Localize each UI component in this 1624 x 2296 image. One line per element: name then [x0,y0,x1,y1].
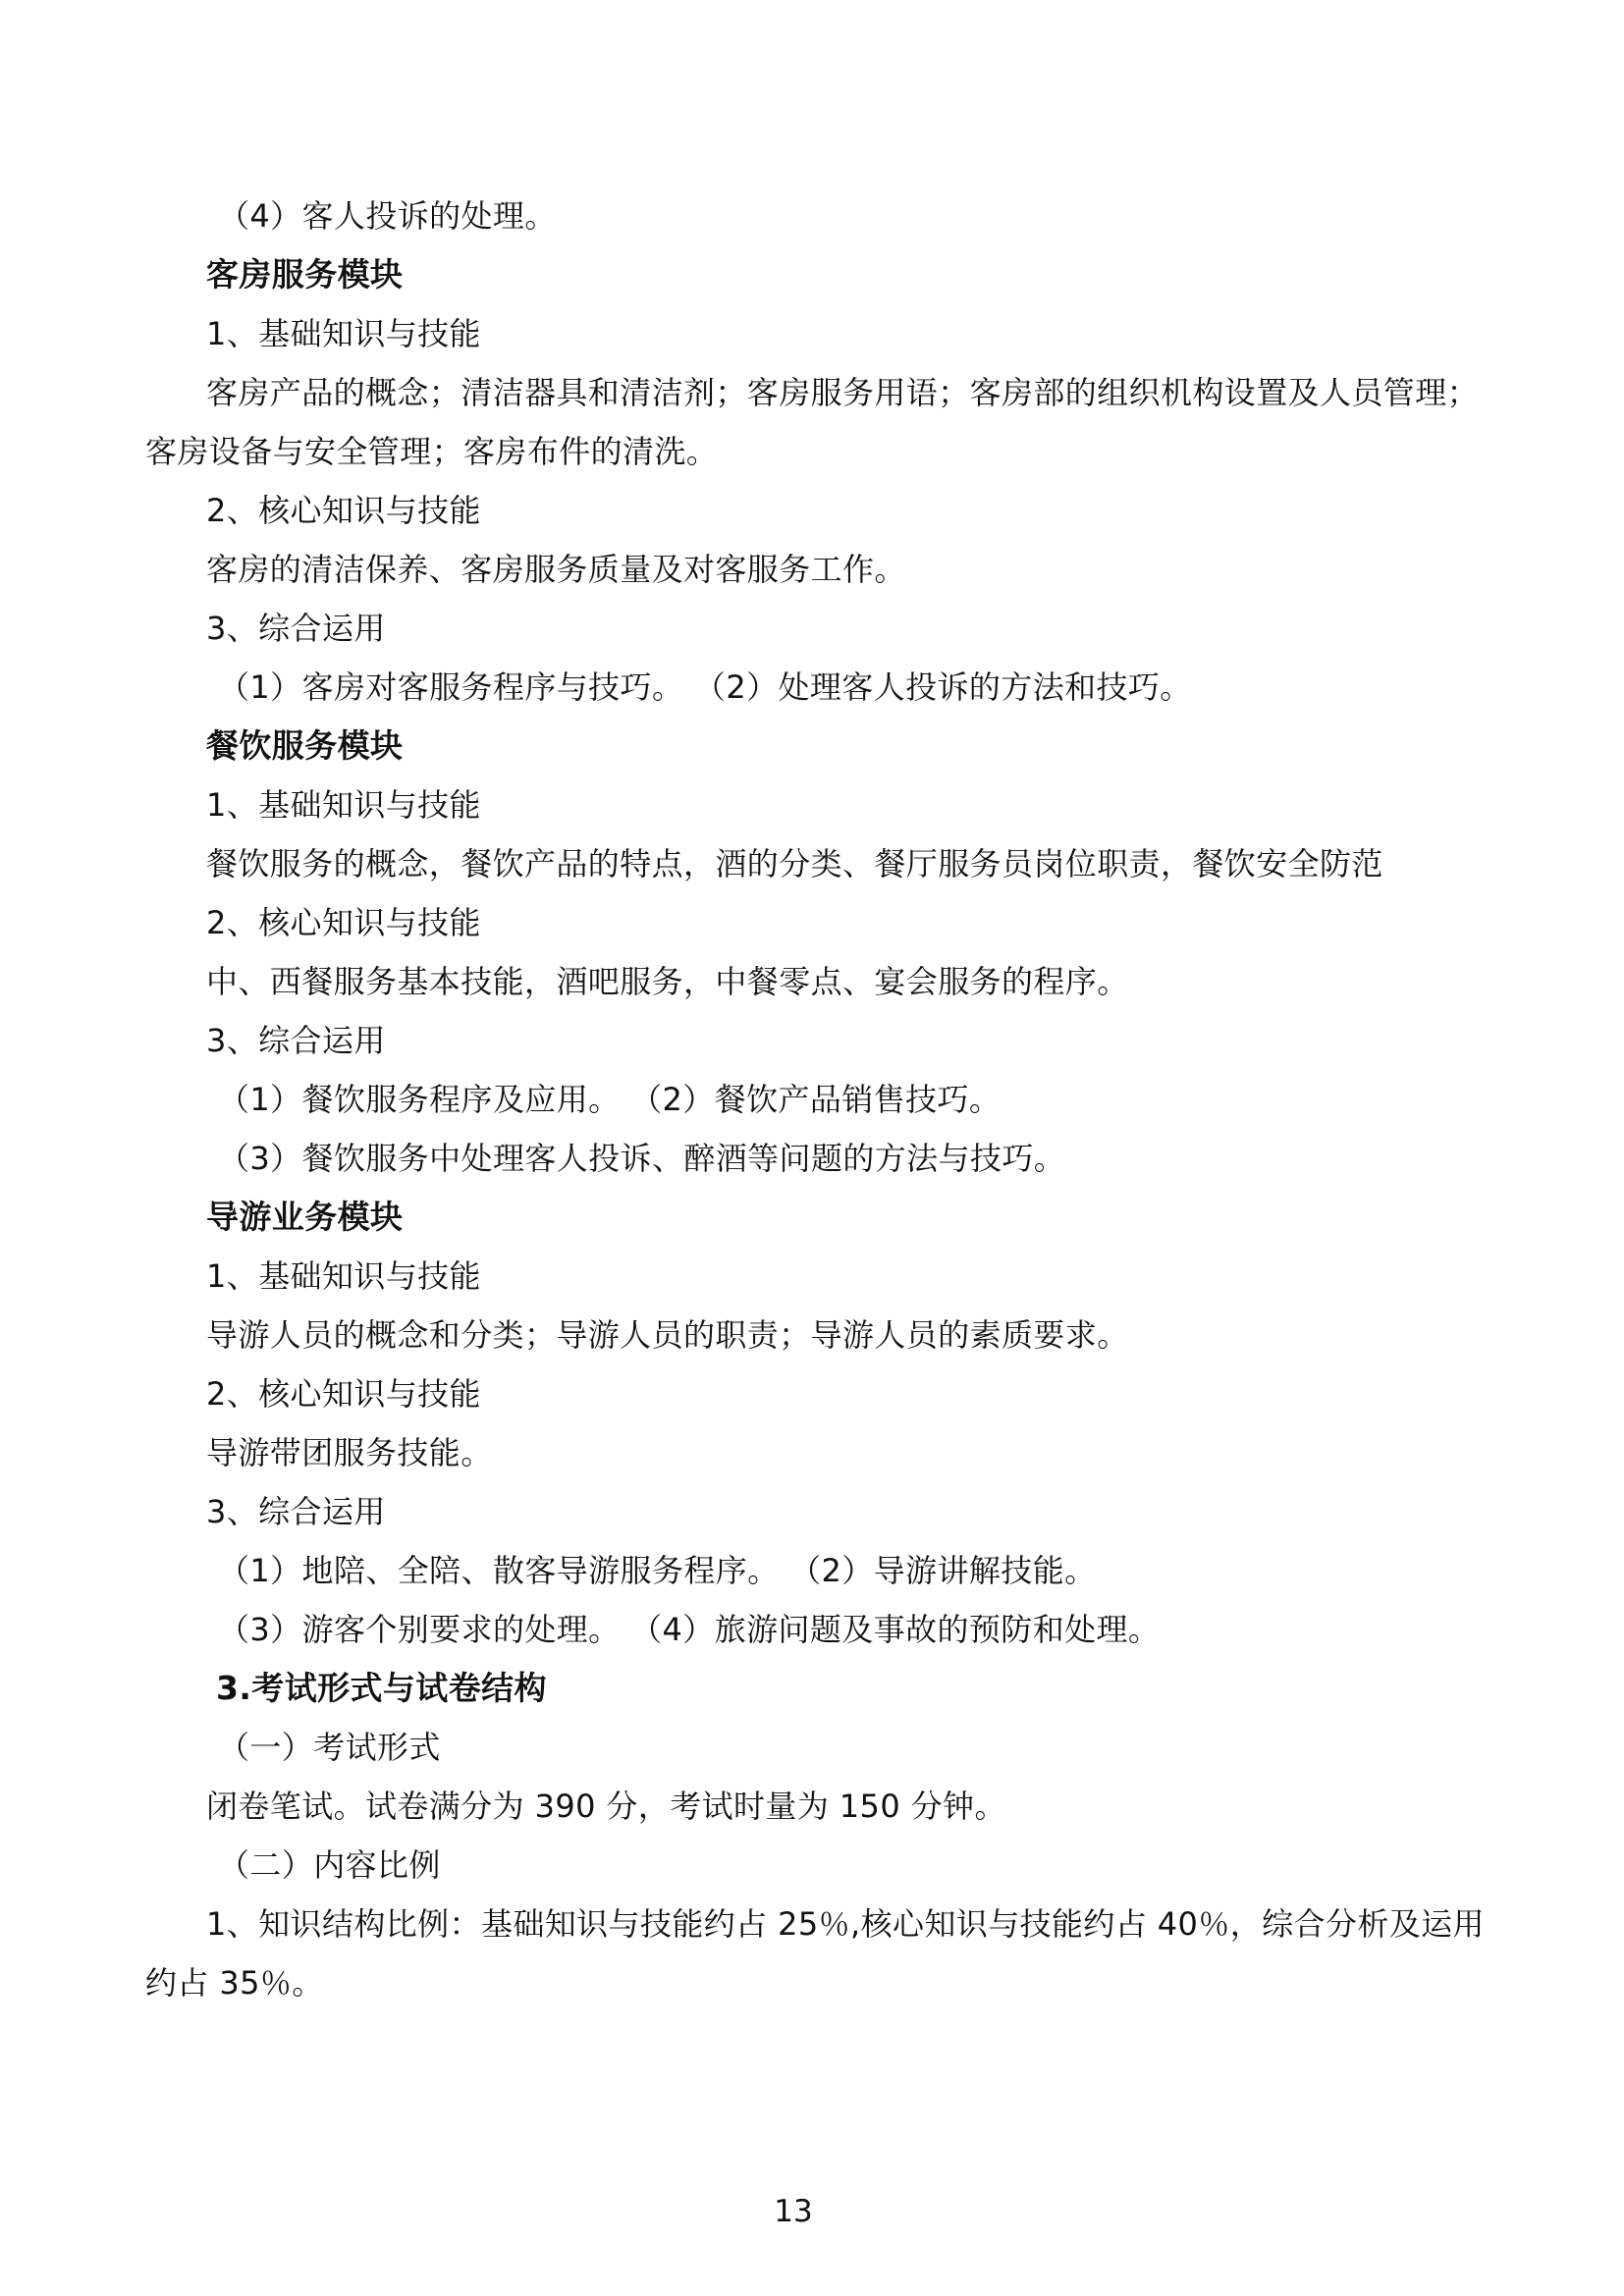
paragraph: （4）客人投诉的处理。 [145,187,1500,245]
paragraph: 餐饮服务模块 [145,717,1500,775]
paragraph: 3、综合运用 [145,1011,1500,1070]
paragraph: （3）游客个别要求的处理。 （4）旅游问题及事故的预防和处理。 [145,1600,1500,1659]
paragraph: 客房的清洁保养、客房服务质量及对客服务工作。 [145,540,1500,599]
paragraph: 导游带团服务技能。 [145,1423,1500,1482]
paragraph: 2、核心知识与技能 [145,481,1500,540]
paragraph: 客房产品的概念；清洁器具和清洁剂；客房服务用语；客房部的组织机构设置及人员管理； [145,363,1500,422]
paragraph: 1、基础知识与技能 [145,775,1500,834]
paragraph: 1、基础知识与技能 [145,304,1500,363]
paragraph: （一）考试形式 [145,1718,1500,1777]
paragraph: 1、基础知识与技能 [145,1247,1500,1306]
paragraph: 客房设备与安全管理；客房布件的清洗。 [145,422,1500,481]
paragraph: （3）餐饮服务中处理客人投诉、醉酒等问题的方法与技巧。 [145,1129,1500,1188]
page-footer: 13 [0,2195,1624,2228]
paragraph: （1）餐饮服务程序及应用。 （2）餐饮产品销售技巧。 [145,1070,1500,1129]
paragraph: 3、综合运用 [145,599,1500,658]
paragraph: 2、核心知识与技能 [145,1364,1500,1423]
paragraph: （二）内容比例 [145,1836,1500,1895]
page-number: 13 [774,2194,812,2229]
paragraph: 2、核心知识与技能 [145,893,1500,952]
paragraph: （1）客房对客服务程序与技巧。 （2）处理客人投诉的方法和技巧。 [145,658,1500,717]
paragraph: （1）地陪、全陪、散客导游服务程序。 （2）导游讲解技能。 [145,1541,1500,1600]
paragraph: 3.考试形式与试卷结构 [145,1659,1500,1718]
paragraph: 1、知识结构比例：基础知识与技能约占 25％,核心知识与技能约占 40％，综合分… [145,1895,1500,1953]
paragraph: 中、西餐服务基本技能，酒吧服务，中餐零点、宴会服务的程序。 [145,952,1500,1011]
paragraph: 约占 35％。 [145,1953,1500,2012]
paragraph: 导游人员的概念和分类；导游人员的职责；导游人员的素质要求。 [145,1306,1500,1364]
paragraph: 餐饮服务的概念，餐饮产品的特点，酒的分类、餐厅服务员岗位职责，餐饮安全防范 [145,834,1500,893]
document-page: （4）客人投诉的处理。客房服务模块1、基础知识与技能客房产品的概念；清洁器具和清… [0,0,1624,2296]
paragraph: 闭卷笔试。试卷满分为 390 分，考试时量为 150 分钟。 [145,1777,1500,1836]
paragraph: 导游业务模块 [145,1188,1500,1247]
paragraph: 3、综合运用 [145,1482,1500,1541]
paragraph: 客房服务模块 [145,245,1500,304]
document-body: （4）客人投诉的处理。客房服务模块1、基础知识与技能客房产品的概念；清洁器具和清… [145,187,1500,2012]
